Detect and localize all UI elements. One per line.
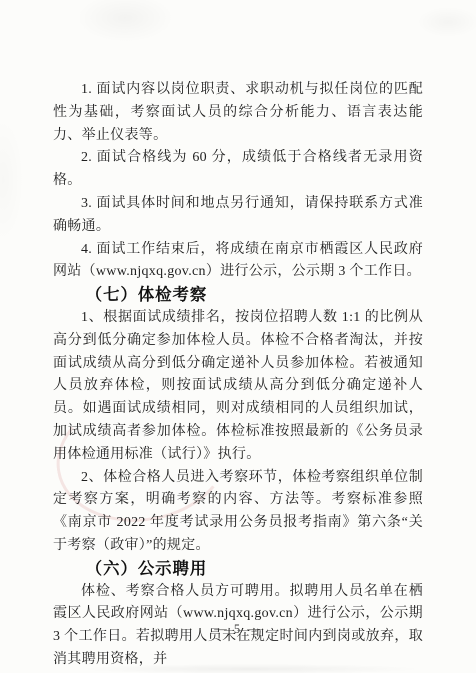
document-page: 1. 面试内容以岗位职责、求职动机与拟任岗位的匹配性为基础，考察面试人员的综合分… xyxy=(0,0,476,673)
document-body: 1. 面试内容以岗位职责、求职动机与拟任岗位的匹配性为基础，考察面试人员的综合分… xyxy=(53,79,423,672)
paragraph-interview-content: 1. 面试内容以岗位职责、求职动机与拟任岗位的匹配性为基础，考察面试人员的综合分… xyxy=(53,79,423,147)
paragraph-interview-passline: 2. 面试合格线为 60 分，成绩低于合格线者无录用资格。 xyxy=(53,147,423,193)
paragraph-interview-publicity: 4. 面试工作结束后，将成绩在南京市栖霞区人民政府网站（www.njqxq.go… xyxy=(53,239,423,285)
section-heading-physical-exam: （七）体检考察 xyxy=(53,284,423,307)
page-number: — 5 — xyxy=(0,622,476,637)
paragraph-physical-exam-rules: 1、根据面试成绩排名，按岗位招聘人数 1:1 的比例从高分到低分确定参加体检人员… xyxy=(53,307,423,467)
section-heading-public-hiring: （六）公示聘用 xyxy=(53,558,423,581)
paragraph-interview-notice: 3. 面试具体时间和地点另行通知，请保持联系方式准确畅通。 xyxy=(53,193,423,239)
paragraph-inspection-rules: 2、体检合格人员进入考察环节，体检考察组织单位制定考察方案，明确考察的内容、方法… xyxy=(53,467,423,558)
